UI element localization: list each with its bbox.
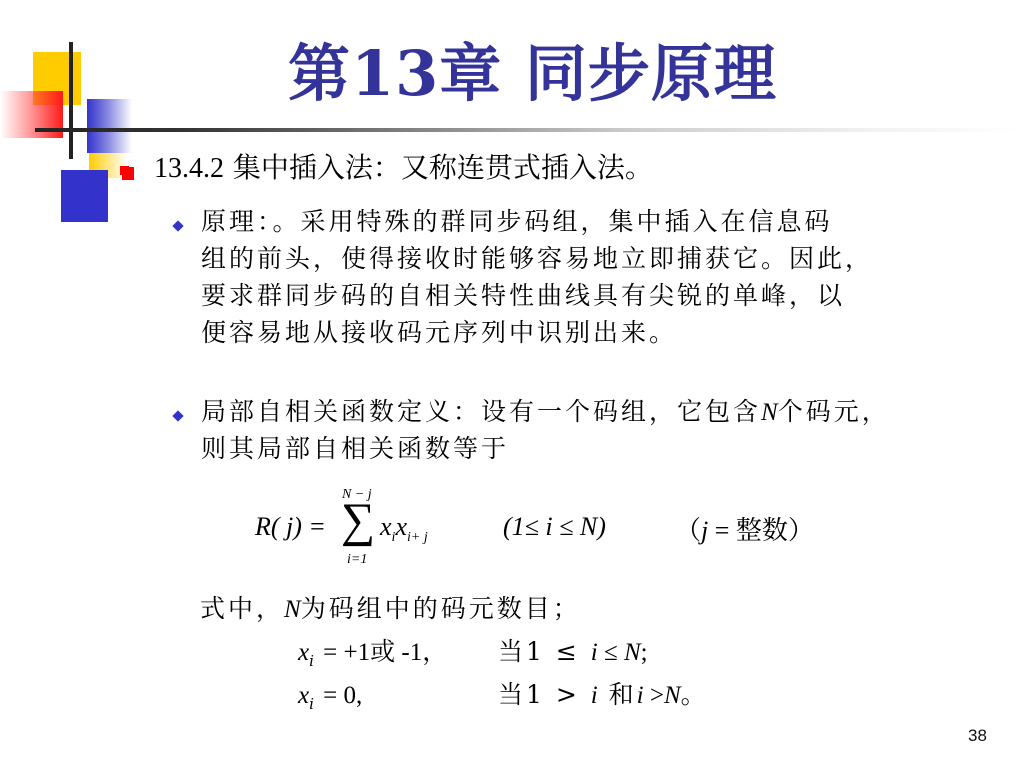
- variable-i: i: [591, 639, 598, 666]
- section-heading-label: 集中插入法：又称连贯式插入法。: [224, 151, 653, 184]
- text-line: 原理：。采用特殊的群同步码组，集中插入在信息码: [201, 203, 1024, 240]
- title-divider-line: [35, 128, 1024, 132]
- subscript-i: i: [309, 695, 317, 713]
- formula-terms: xixi+ j: [380, 512, 428, 546]
- equals: =: [708, 516, 736, 545]
- where-description: 式中，N为码组中的码元数目；: [200, 591, 581, 628]
- bullet-definition-text: 局部自相关函数定义：设有一个码组，它包含N个码元， 则其局部自相关函数等于: [201, 393, 1024, 467]
- term-x: x: [395, 512, 407, 541]
- sum-lower-limit: i=1: [347, 552, 367, 568]
- text-line: 便容易地从接收码元序列中识别出来。: [201, 314, 1024, 351]
- formula-note: （j = 整数）: [675, 510, 814, 547]
- term-sub: i+ j: [407, 530, 428, 545]
- where-desc: 为码组中的码元数目；: [301, 594, 581, 623]
- variable-x: x: [298, 682, 309, 709]
- variable-i: i: [637, 682, 644, 709]
- integer-label: 整数: [736, 516, 788, 545]
- text-line: 局部自相关函数定义：设有一个码组，它包含N个码元，: [201, 393, 1024, 430]
- square-bullet-icon: [120, 166, 129, 175]
- diamond-bullet-icon: [172, 220, 183, 231]
- definition-suffix: 个码元，: [778, 397, 890, 426]
- section-number: 13.4.2: [154, 153, 224, 184]
- page-number: 38: [968, 726, 987, 746]
- variable-x: x: [298, 639, 309, 666]
- value-text: = 0,: [317, 682, 362, 709]
- sigma-icon: ∑: [341, 497, 375, 545]
- decorative-blue-square: [61, 170, 108, 222]
- formula-range: (1≤ i ≤ N): [503, 512, 606, 542]
- cond-prefix: 当1 ≤: [498, 637, 591, 666]
- variable-n: N: [664, 682, 681, 709]
- condition-text: 当1 ≤ i ≤ N;: [498, 634, 648, 671]
- variable-i: i: [591, 682, 598, 709]
- where-prefix: 式中，: [200, 594, 284, 623]
- term-x: x: [380, 512, 392, 541]
- cond-and: 和: [598, 680, 637, 709]
- cond-prefix: 当1 >: [498, 680, 591, 709]
- definition-prefix: 局部自相关函数定义：设有一个码组，它包含: [201, 397, 761, 426]
- variable-n: N: [761, 399, 778, 426]
- cond-end: ;: [641, 639, 648, 666]
- formula-lhs: R( j) =: [255, 512, 326, 542]
- diamond-bullet-icon: [172, 410, 183, 421]
- paren-open: （: [675, 516, 701, 545]
- bullet-principle-text: 原理：。采用特殊的群同步码组，集中插入在信息码 组的前头，使得接收时能够容易地立…: [201, 203, 1024, 351]
- condition-line-1: xi = +1或 -1， 当1 ≤ i ≤ N;: [298, 634, 447, 679]
- paren-close: ）: [788, 516, 814, 545]
- slide-title: 第13章 同步原理: [288, 34, 777, 114]
- value-text: = +1或 -1，: [317, 639, 447, 666]
- variable-n: N: [624, 639, 641, 666]
- decorative-blue-gradient: [87, 99, 132, 153]
- variable-n: N: [284, 596, 301, 623]
- text-line: 组的前头，使得接收时能够容易地立即捕获它。因此，: [201, 240, 1024, 277]
- cond-op: >: [644, 682, 664, 709]
- autocorrelation-formula: R( j) = N − j ∑ i=1 xixi+ j (1≤ i ≤ N) （…: [255, 485, 855, 575]
- condition-line-2: xi = 0, 当1 > i 和i >N。: [298, 677, 362, 722]
- cond-op: ≤: [598, 639, 624, 666]
- subscript-i: i: [309, 652, 317, 670]
- text-line: 则其局部自相关函数等于: [201, 430, 1024, 467]
- cond-end: 。: [681, 680, 709, 709]
- condition-text: 当1 > i 和i >N。: [498, 677, 709, 714]
- decorative-vertical-line: [69, 42, 73, 159]
- text-line: 要求群同步码的自相关特性曲线具有尖锐的单峰，以: [201, 277, 1024, 314]
- section-heading-text: 13.4.2 集中插入法：又称连贯式插入法。: [154, 148, 653, 189]
